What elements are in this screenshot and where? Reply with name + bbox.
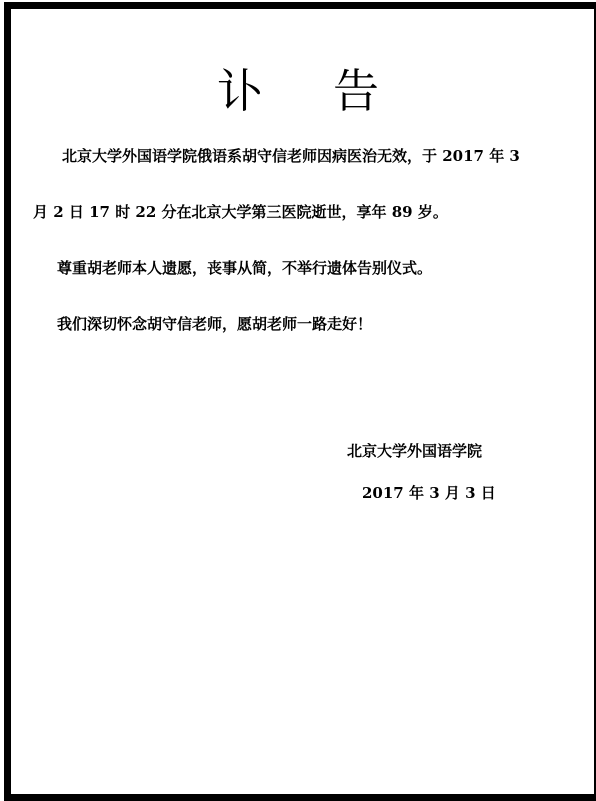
paragraph-3: 我们深切怀念胡守信老师，愿胡老师一路走好！: [57, 313, 372, 334]
title-char-1: 讣: [217, 55, 263, 121]
signature-date: 2017 年 3 月 3 日: [362, 482, 496, 503]
paragraph-1-line-1: 北京大学外国语学院俄语系胡守信老师因病医治无效，于 2017 年 3: [62, 145, 520, 166]
page-border: [4, 2, 596, 801]
page-title: 讣告: [0, 55, 596, 121]
paragraph-1-line-2: 月 2 日 17 时 22 分在北京大学第三医院逝世，享年 89 岁。: [33, 201, 448, 222]
signature-organization: 北京大学外国语学院: [347, 440, 482, 461]
title-char-2: 告: [333, 55, 379, 121]
paragraph-2: 尊重胡老师本人遗愿，丧事从简，不举行遗体告别仪式。: [57, 257, 432, 278]
